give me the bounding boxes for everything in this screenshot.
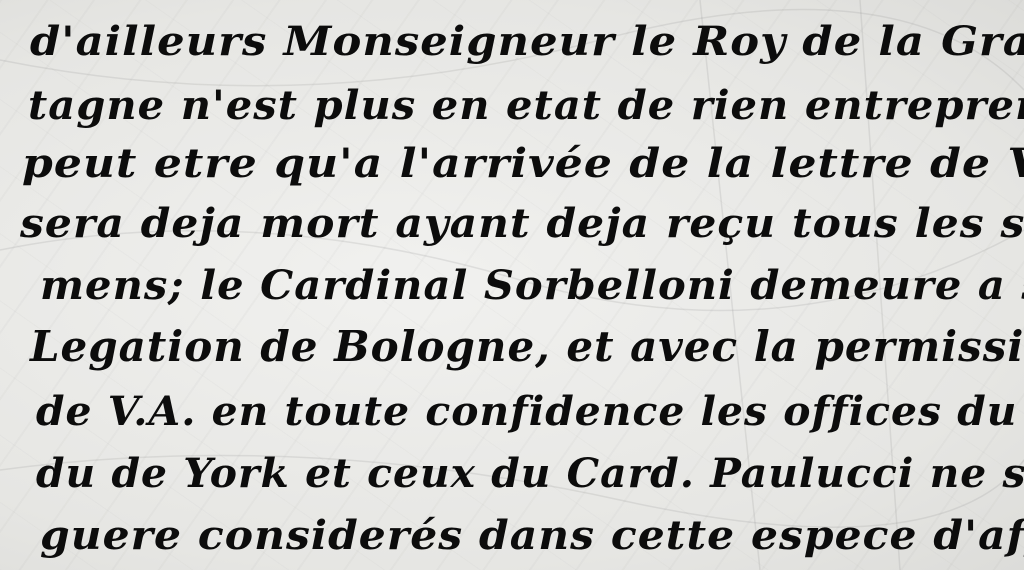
- manuscript-line-8: du de York et ceux du Card. Paulucci ne …: [36, 450, 1024, 497]
- manuscript-line-4: sera deja mort ayant deja reçu tous les …: [20, 200, 1024, 247]
- manuscript-line-5: mens; le Cardinal Sorbelloni demeure a s…: [40, 262, 1024, 309]
- manuscript-line-6: Legation de Bologne, et avec la permissi…: [30, 322, 1024, 371]
- manuscript-line-7: de V.A. en toute confidence les offices …: [36, 388, 1024, 435]
- manuscript-line-2: tagne n'est plus en etat de rien entrepr…: [28, 82, 1024, 129]
- manuscript-page: d'ailleurs Monseigneur le Roy de la Gran…: [0, 0, 1024, 570]
- manuscript-line-1: d'ailleurs Monseigneur le Roy de la Gran…: [30, 18, 1024, 65]
- manuscript-line-9: guere considerés dans cette espece d'aff…: [40, 512, 1024, 559]
- manuscript-line-3: peut etre qu'a l'arrivée de la lettre de…: [22, 140, 1024, 187]
